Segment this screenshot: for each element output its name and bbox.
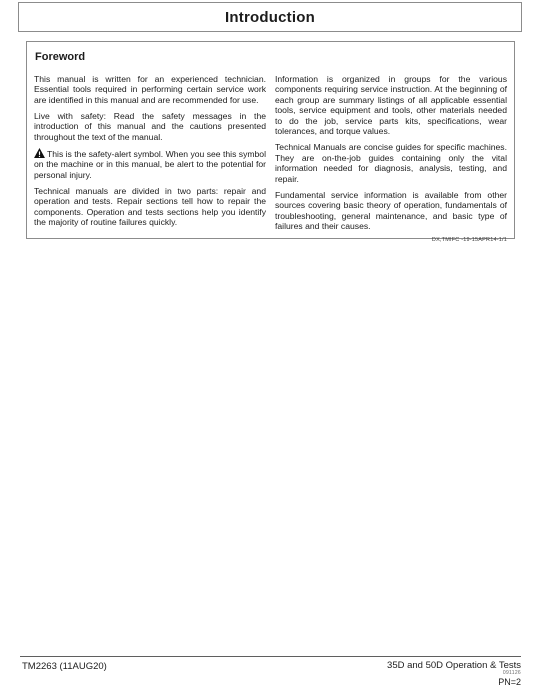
footer-right-block: 35D and 50D Operation & Tests 091126 PN=… [387,661,521,687]
footer-page-number: PN=2 [387,677,521,687]
foreword-paragraph: Technical Manuals are concise guides for… [275,142,507,184]
safety-alert-paragraph: This is the safety-alert symbol. When yo… [34,148,266,180]
footer-manual-title: 35D and 50D Operation & Tests [387,661,521,671]
document-reference-code: DX,TMIFC -19-15APR14-1/1 [275,237,507,244]
foreword-heading: Foreword [35,51,506,63]
foreword-paragraph: Technical manuals are divided in two par… [34,186,266,228]
foreword-paragraph: This manual is written for an experience… [34,74,266,105]
page-title-box: Introduction [18,2,522,32]
footer-print-code: 091126 [387,671,521,676]
foreword-columns: This manual is written for an experience… [34,74,507,244]
foreword-paragraph: Information is organized in groups for t… [275,74,507,137]
page-title: Introduction [225,9,315,26]
foreword-section: Foreword This manual is written for an e… [26,41,515,239]
footer-divider [20,656,521,657]
foreword-left-column: This manual is written for an experience… [34,74,266,244]
foreword-paragraph: Live with safety: Read the safety messag… [34,111,266,142]
safety-alert-triangle-icon [34,148,45,158]
safety-alert-text: This is the safety-alert symbol. When yo… [34,149,266,180]
foreword-paragraph: Fundamental service information is avail… [275,190,507,232]
foreword-right-column: Information is organized in groups for t… [275,74,507,244]
footer-manual-number: TM2263 (11AUG20) [22,661,107,672]
